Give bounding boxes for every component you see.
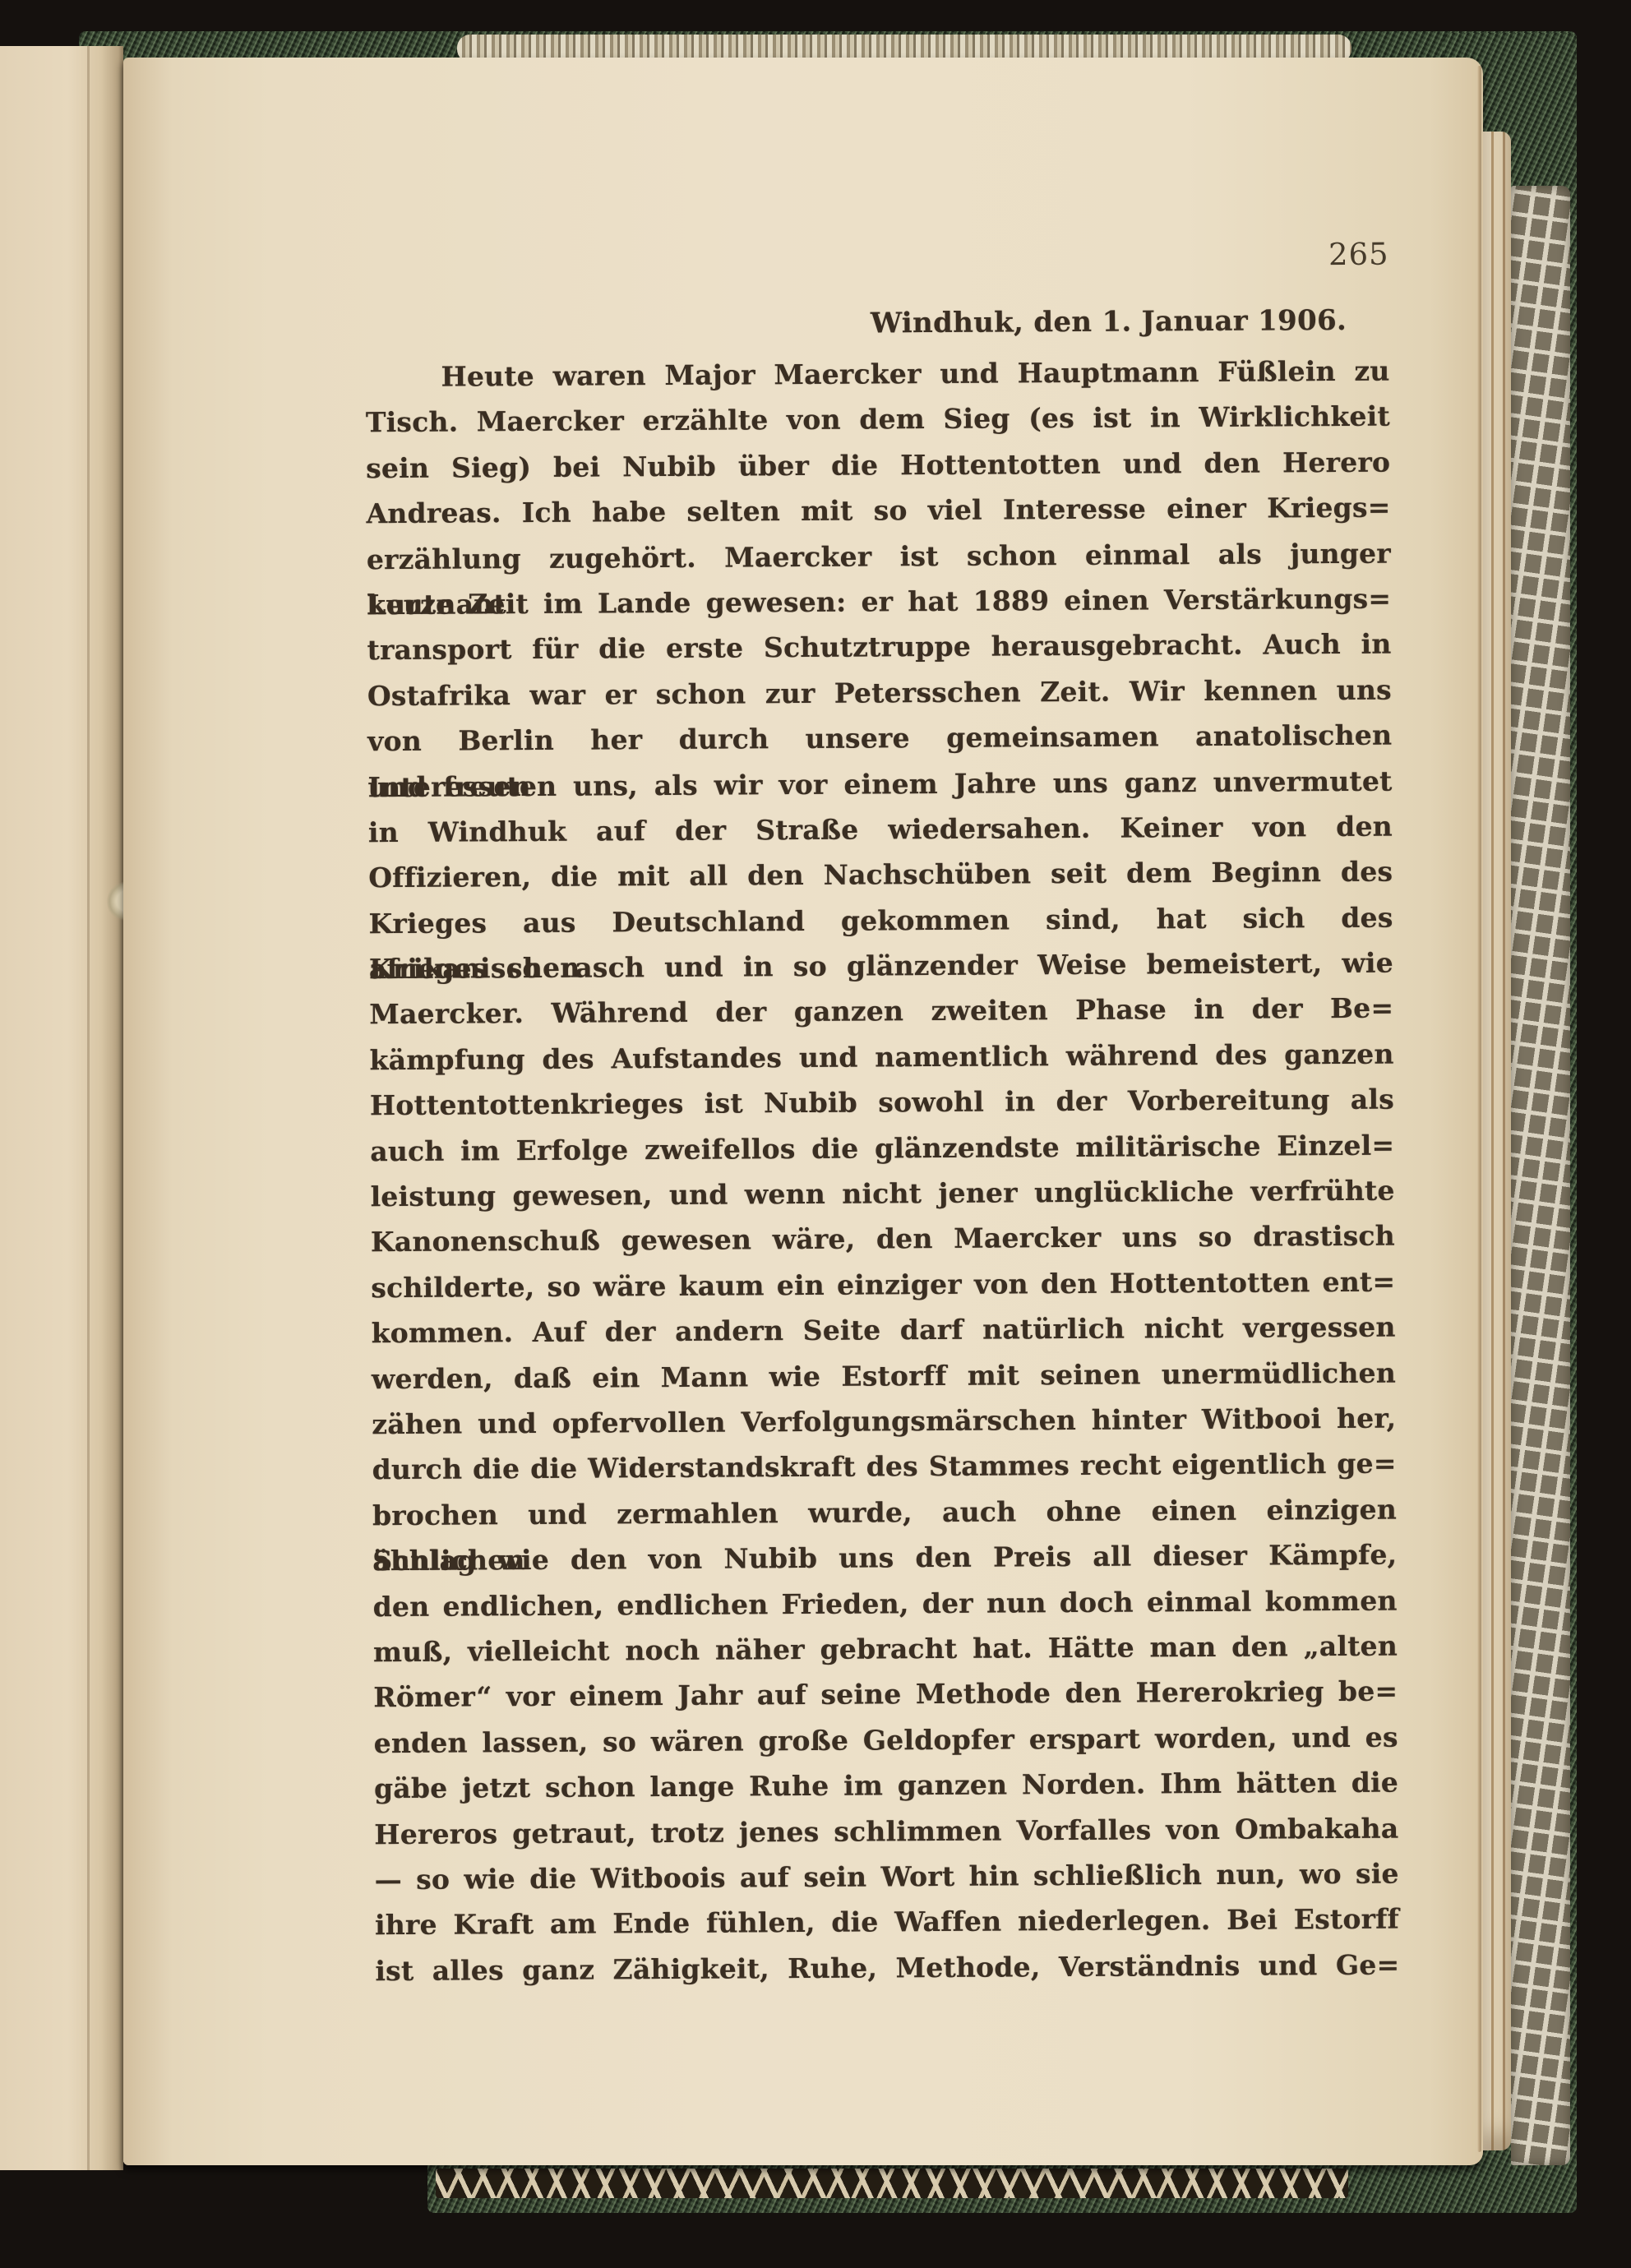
text-line: Ostafrika war er schon zur Petersschen Z… — [367, 667, 1392, 718]
text-line: in Windhuk auf der Straße wiedersahen. K… — [368, 804, 1393, 856]
text-line: transport für die erste Schutztruppe her… — [367, 621, 1391, 673]
text-line: gäbe jetzt schon lange Ruhe im ganzen No… — [374, 1760, 1398, 1812]
text-line: den endlichen, endlichen Frieden, der nu… — [373, 1577, 1398, 1629]
text-line: Hereros getraut, trotz jenes schlimmen V… — [374, 1805, 1398, 1857]
text-line: durch die die Widerstandskraft des Stamm… — [372, 1441, 1396, 1493]
text-line: kurze Zeit im Lande gewesen: er hat 1889… — [367, 576, 1391, 628]
text-line: enden lassen, so wären große Geldopfer e… — [374, 1714, 1398, 1766]
endpaper-zigzag-pattern — [436, 2169, 1348, 2198]
text-line: Krieges aus Deutschland gekommen sind, h… — [368, 894, 1393, 946]
body-text: Heute waren Major Maercker und Hauptmann… — [365, 349, 1399, 1994]
book-photo: 265 Windhuk, den 1. Januar 1906. Heute w… — [0, 0, 1631, 2268]
text-line: Hottentottenkrieges ist Nubib sowohl in … — [370, 1077, 1394, 1129]
text-line: sein Sieg) bei Nubib über die Hottentott… — [366, 439, 1390, 491]
text-line: Tisch. Maercker erzählte von dem Sieg (e… — [366, 394, 1390, 446]
text-line: kämpfung des Aufstandes und namentlich w… — [369, 1031, 1393, 1083]
text-line: Krieges so rasch und in so glänzender We… — [369, 940, 1393, 992]
text-line: und freuten uns, als wir vor einem Jahre… — [367, 758, 1392, 810]
text-line: Offizieren, die mit all den Nachschüben … — [368, 849, 1393, 901]
text-line: Andreas. Ich habe selten mit so viel Int… — [366, 485, 1390, 537]
text-line: kommen. Auf der andern Seite darf natürl… — [371, 1305, 1395, 1356]
text-line: Römer“ vor einem Jahr auf seine Methode … — [373, 1669, 1398, 1721]
text-line: leistung gewesen, und wenn nicht jener u… — [370, 1168, 1394, 1220]
text-line: muß, vielleicht noch näher gebracht hat.… — [373, 1624, 1398, 1675]
text-line: von Berlin her durch unsere gemeinsamen … — [367, 713, 1392, 764]
text-line: Heute waren Major Maercker und Hauptmann… — [365, 349, 1389, 400]
text-line: auch im Erfolge zweifellos die glänzends… — [370, 1122, 1394, 1174]
text-line: werden, daß ein Mann wie Estorff mit sei… — [372, 1350, 1396, 1402]
text-line: schilderte, so wäre kaum ein einziger vo… — [371, 1259, 1395, 1310]
text-line: Maercker. Während der ganzen zweiten Pha… — [369, 986, 1393, 1037]
text-line: zähen und opfervollen Verfolgungsmärsche… — [372, 1396, 1396, 1448]
text-line: erzählung zugehört. Maercker ist schon e… — [367, 530, 1391, 582]
endpaper-crackle-pattern — [1511, 186, 1570, 2165]
page-number: 265 — [365, 237, 1389, 279]
text-line: — so wie die Witboois auf sein Wort hin … — [375, 1850, 1399, 1902]
text-line: Kanonenschuß gewesen wäre, den Maercker … — [371, 1213, 1395, 1265]
text-line: ist alles ganz Zähigkeit, Ruhe, Methode,… — [375, 1942, 1399, 1993]
text-line: ihre Kraft am Ende fühlen, die Waffen ni… — [375, 1896, 1399, 1948]
text-line: brochen und zermahlen wurde, auch ohne e… — [372, 1486, 1397, 1538]
facing-page-edge — [0, 46, 123, 2170]
dateline: Windhuk, den 1. Januar 1906. — [365, 304, 1389, 344]
printed-text-layer: 265 Windhuk, den 1. Januar 1906. Heute w… — [117, 53, 1490, 2169]
text-line: Schlag wie den von Nubib uns den Preis a… — [372, 1532, 1397, 1584]
